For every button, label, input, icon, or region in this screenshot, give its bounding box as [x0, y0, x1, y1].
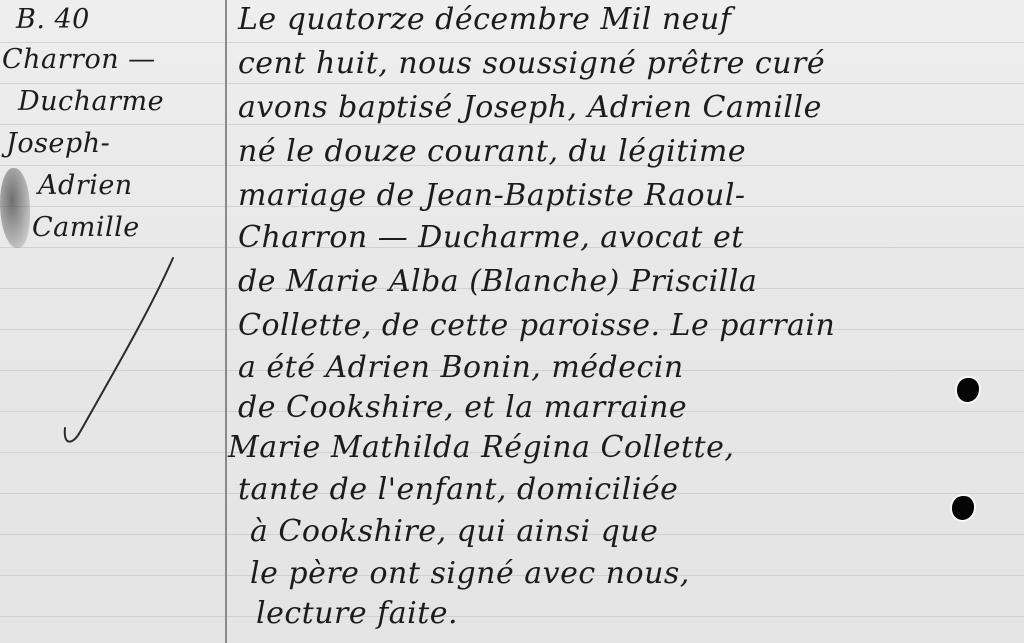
record-line-11: Marie Mathilda Régina Collette, — [228, 430, 734, 465]
margin-given-name-1: Joseph- — [6, 128, 110, 159]
record-line-15: lecture faite. — [256, 596, 458, 631]
record-line-1: Le quatorze décembre Mil neuf — [238, 2, 731, 37]
record-line-14: le père ont signé avec nous, — [250, 556, 690, 591]
record-line-12: tante de l'enfant, domiciliée — [238, 472, 678, 507]
margin-surname-1: Charron — — [2, 44, 156, 75]
record-line-13: à Cookshire, qui ainsi que — [250, 514, 658, 549]
ink-stain — [0, 168, 30, 248]
record-line-4: né le douze courant, du légitime — [238, 134, 746, 169]
ink-blot — [957, 378, 979, 402]
ink-blot — [952, 496, 974, 520]
record-line-5: mariage de Jean-Baptiste Raoul- — [238, 178, 746, 213]
margin-rule — [225, 0, 227, 643]
record-line-9: a été Adrien Bonin, médecin — [238, 350, 684, 385]
margin-surname-2: Ducharme — [18, 86, 164, 117]
record-line-10: de Cookshire, et la marraine — [238, 390, 687, 425]
record-line-2: cent huit, nous soussigné prêtre curé — [238, 46, 825, 81]
register-page: B. 40 Charron — Ducharme Joseph- Adrien … — [0, 0, 1024, 643]
margin-given-name-2: Adrien — [38, 170, 133, 201]
margin-given-name-3: Camille — [32, 212, 140, 243]
margin-record-number: B. 40 — [16, 4, 90, 35]
record-line-3: avons baptisé Joseph, Adrien Camille — [238, 90, 822, 125]
record-line-6: Charron — Ducharme, avocat et — [238, 220, 744, 255]
record-line-8: Collette, de cette paroisse. Le parrain — [238, 308, 835, 343]
record-line-7: de Marie Alba (Blanche) Priscilla — [238, 264, 757, 299]
margin-check-stroke — [55, 250, 185, 450]
